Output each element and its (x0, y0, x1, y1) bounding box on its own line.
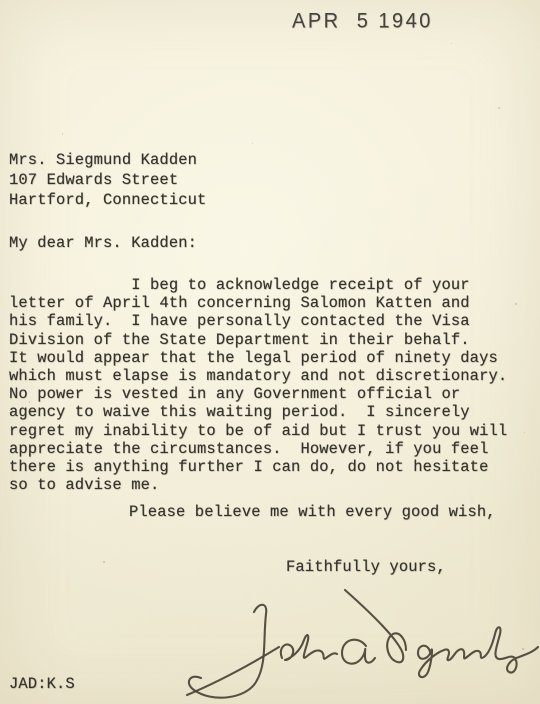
scan-speck (522, 648, 524, 650)
scan-speck (515, 303, 517, 305)
scan-speck (498, 107, 500, 109)
salutation: My dear Mrs. Kadden: (9, 234, 197, 254)
scan-speck (103, 561, 105, 563)
scan-speck (29, 401, 30, 403)
date-stamp: APR 5 1940 (292, 9, 433, 33)
typist-initials: JAD:K.S (9, 675, 75, 695)
closing-line: Please believe me with every good wish, (129, 503, 496, 523)
scan-speck (72, 243, 73, 244)
scan-speck (62, 133, 63, 135)
letter-body: I beg to acknowledge receipt of your let… (9, 276, 507, 494)
scan-speck (524, 432, 525, 433)
scan-speck (451, 43, 452, 44)
recipient-address: Mrs. Siegmund Kadden 107 Edwards Street … (9, 150, 206, 210)
valediction: Faithfully yours, (286, 558, 446, 578)
scan-speck (252, 143, 253, 144)
signature-john-a-danaher (178, 578, 540, 704)
letter-page: APR 5 1940 Mrs. Siegmund Kadden 107 Edwa… (0, 0, 540, 704)
